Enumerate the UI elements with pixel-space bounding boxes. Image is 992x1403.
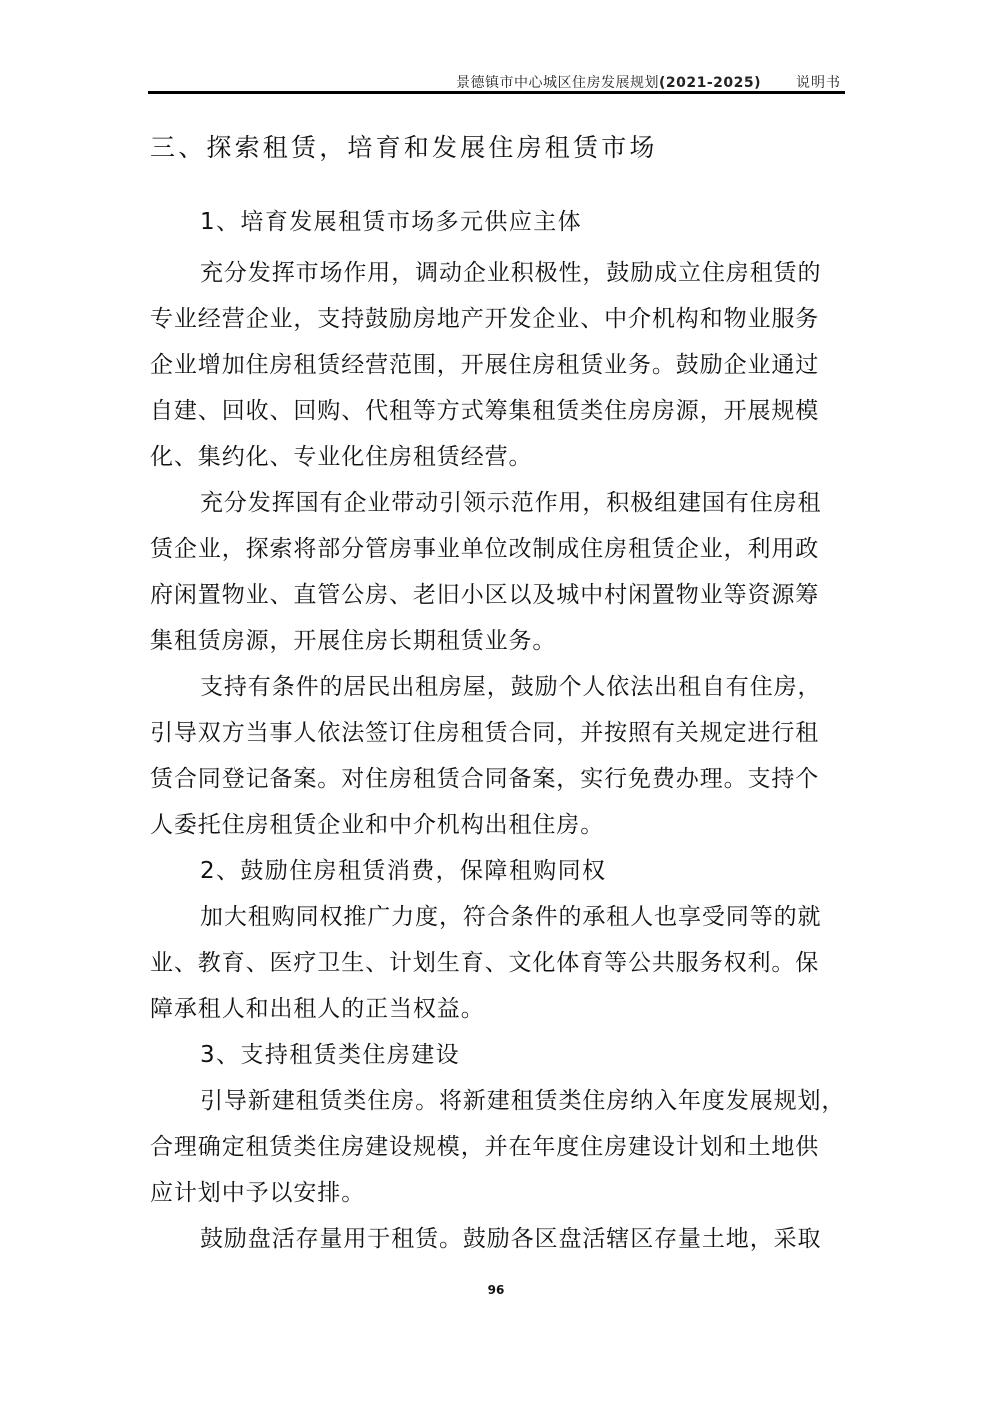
paragraph-line: 自建、回收、回购、代租等方式筹集租赁类住房房源，开展规模 (150, 388, 842, 434)
header-years: (2021-2025) (659, 75, 761, 91)
paragraph-line: 集租赁房源，开展住房长期租赁业务。 (150, 618, 842, 664)
subheading-2: 2、鼓励住房租赁消费，保障租购同权 (150, 848, 842, 894)
paragraph-line: 充分发挥国有企业带动引领示范作用，积极组建国有住房租 (150, 480, 842, 526)
paragraph-line: 合理确定租赁类住房建设规模，并在年度住房建设计划和土地供 (150, 1124, 842, 1170)
header-doc-type: 说明书 (796, 72, 841, 92)
paragraph-line: 企业增加住房租赁经营范围，开展住房租赁业务。鼓励企业通过 (150, 342, 842, 388)
paragraph-line: 赁合同登记备案。对住房租赁合同备案，实行免费办理。支持个 (150, 756, 842, 802)
paragraph-line: 业、教育、医疗卫生、计划生育、文化体育等公共服务权利。保 (150, 940, 842, 986)
subheading-3: 3、支持租赁类住房建设 (150, 1032, 842, 1078)
paragraph-line: 府闲置物业、直管公房、老旧小区以及城中村闲置物业等资源筹 (150, 572, 842, 618)
paragraph-line: 支持有条件的居民出租房屋，鼓励个人依法出租自有住房， (150, 664, 842, 710)
header-title-text: 景德镇市中心城区住房发展规划 (456, 75, 659, 91)
paragraph-line: 赁企业，探索将部分管房事业单位改制成住房租赁企业，利用政 (150, 526, 842, 572)
header-rule (148, 91, 845, 94)
paragraph-line: 化、集约化、专业化住房租赁经营。 (150, 434, 842, 480)
paragraph-line: 加大租购同权推广力度，符合条件的承租人也享受同等的就 (150, 894, 842, 940)
paragraph-line: 障承租人和出租人的正当权益。 (150, 986, 842, 1032)
page-header: 景德镇市中心城区住房发展规划(2021-2025) 说明书 (148, 68, 845, 92)
paragraph-line: 专业经营企业，支持鼓励房地产开发企业、中介机构和物业服务 (150, 296, 842, 342)
paragraph-line: 引导新建租赁类住房。将新建租赁类住房纳入年度发展规划， (150, 1078, 842, 1124)
page-number: 96 (0, 1283, 992, 1297)
header-document-title: 景德镇市中心城区住房发展规划(2021-2025) (456, 72, 761, 92)
body-content: 1、培育发展租赁市场多元供应主体 充分发挥市场作用，调动企业积极性，鼓励成立住房… (150, 200, 842, 1262)
paragraph-line: 人委托住房租赁企业和中介机构出租住房。 (150, 802, 842, 848)
paragraph-line: 鼓励盘活存量用于租赁。鼓励各区盘活辖区存量土地，采取 (150, 1216, 842, 1262)
subheading-1: 1、培育发展租赁市场多元供应主体 (150, 200, 842, 250)
section-title: 三、探索租赁，培育和发展住房租赁市场 (150, 128, 658, 164)
paragraph-line: 充分发挥市场作用，调动企业积极性，鼓励成立住房租赁的 (150, 250, 842, 296)
paragraph-line: 应计划中予以安排。 (150, 1170, 842, 1216)
paragraph-line: 引导双方当事人依法签订住房租赁合同，并按照有关规定进行租 (150, 710, 842, 756)
